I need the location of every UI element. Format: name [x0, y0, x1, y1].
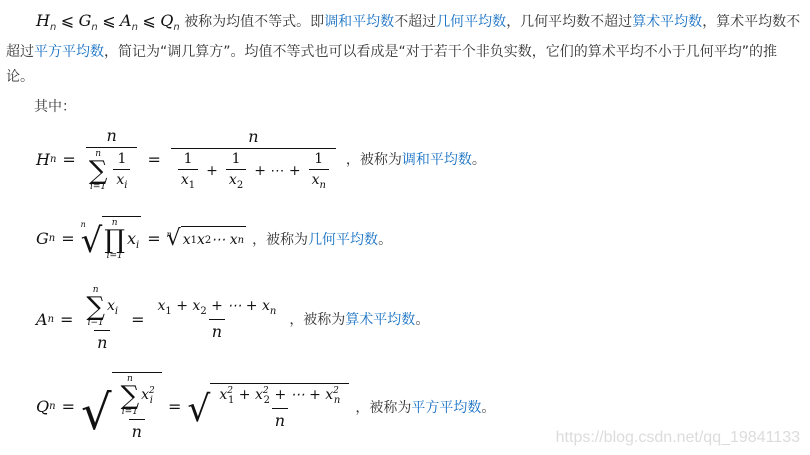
qizhong-label: 其中： [34, 96, 76, 116]
arithmetic-mean-formula: An = n∑i−1xi n = x1 + x2 + ⋯ + xnn ，被称为算… [36, 286, 429, 352]
harmonic-mean-formula: Hn = n n∑i=1 1xi = n 1x1 + 1x2 + ⋯ + 1xn… [36, 126, 486, 192]
link-quadratic-mean-def[interactable]: 平方平均数 [411, 400, 481, 416]
link-harmonic-mean-def[interactable]: 调和平均数 [402, 152, 472, 168]
inequality-formula: Hn ⩽ Gn ⩽ An ⩽ Qn [36, 14, 184, 30]
link-geometric-mean-def[interactable]: 几何平均数 [308, 232, 378, 248]
intro-paragraph: Hn ⩽ Gn ⩽ An ⩽ Qn 被称为均值不等式。即调和平均数不超过几何平均… [6, 8, 802, 90]
link-arithmetic-mean-def[interactable]: 算术平均数 [345, 312, 415, 328]
link-arithmetic-mean[interactable]: 算术平均数 [632, 14, 702, 30]
link-geometric-mean[interactable]: 几何平均数 [436, 14, 506, 30]
quadratic-mean-formula: Qn = √ n∑i=1x2i n = √ x21 + x22 + ⋯ + x2… [36, 372, 495, 441]
geometric-mean-formula: Gn = n√ n∏i=1xi = n√x1x2 ⋯ xn ，被称为几何平均数。 [36, 216, 392, 261]
link-quadratic-mean[interactable]: 平方平均数 [34, 44, 104, 60]
link-harmonic-mean[interactable]: 调和平均数 [324, 14, 394, 30]
watermark: https://blog.csdn.net/qq_19841133 [556, 429, 800, 447]
